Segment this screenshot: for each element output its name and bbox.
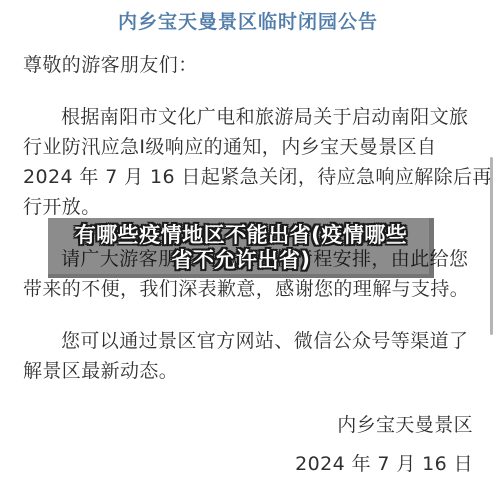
notice-date: 2024 年 7 月 16 日 xyxy=(23,449,473,479)
paragraph-line: 2024 年 7 月 16 日起紧急关闭，待应急响应解除后再 xyxy=(23,162,473,192)
caption-overlay-text-line-1: 有哪些疫情地区不能出省(疫情哪些 xyxy=(75,223,408,248)
caption-overlay-banner: 有哪些疫情地区不能出省(疫情哪些 省不允许出省) xyxy=(48,218,434,278)
paragraph-line: 解景区最新动态。 xyxy=(23,356,473,386)
notice-signature: 内乡宝天曼景区 xyxy=(23,410,473,440)
paragraph-line: 带来的不便，我们深表歉意，感谢您的理解与支持。 xyxy=(23,274,473,304)
paragraph-line: 根据南阳市文化广电和旅游局关于启动南阳文旅 xyxy=(23,102,473,132)
paragraph-line: 您可以通过景区官方网站、微信公众号等渠道了 xyxy=(23,326,473,356)
notice-paragraph-3: 您可以通过景区官方网站、微信公众号等渠道了 解景区最新动态。 xyxy=(23,326,473,386)
notice-paragraph-1: 根据南阳市文化广电和旅游局关于启动南阳文旅 行业防汛应急I级响应的通知，内乡宝天… xyxy=(23,102,473,222)
paragraph-line: 行业防汛应急I级响应的通知，内乡宝天曼景区自 xyxy=(23,132,473,162)
caption-overlay-text-line-2: 省不允许出省) xyxy=(171,248,310,273)
notice-salutation: 尊敬的游客朋友们： xyxy=(23,50,473,80)
vertical-scrollbar-thumb[interactable] xyxy=(490,157,493,335)
notice-title: 内乡宝天曼景区临时闭园公告 xyxy=(23,9,473,35)
